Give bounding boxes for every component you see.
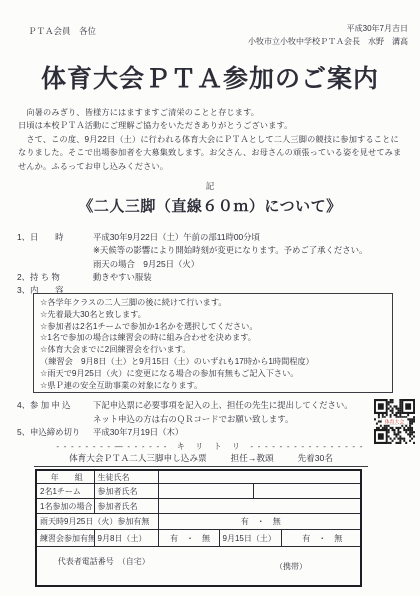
item-value: ネット申込の方は右のＱＲコードでお願い致します。 xyxy=(93,413,293,427)
table-row-student: 年 組 生徒氏名 xyxy=(36,470,361,484)
table-row-rain: 雨天時9月25日（火）参加有無 有 ・ 無 xyxy=(36,514,361,530)
table-row-single: 1名参加の場合 参加者氏名 xyxy=(36,499,361,514)
item-value: 雨天の場合 9月25日（火） xyxy=(93,258,199,271)
item-belongings: 2、持 ち 物 動きやすい服装 xyxy=(17,271,367,284)
form-capacity: 先着30名 xyxy=(298,452,333,464)
cell-participant-name-label: 参加者氏名 xyxy=(94,484,158,499)
cell-participant-name-label: 参加者氏名 xyxy=(94,499,158,514)
box-line: ☆各学年クラスの二人三脚の後に続けて行います。 xyxy=(40,297,392,309)
cell-practice-date2: 9月15日（土） xyxy=(219,530,281,547)
box-line: ☆先着最大30名と致します。 xyxy=(40,309,392,321)
cell-participant1-input xyxy=(158,484,253,499)
item-label xyxy=(17,413,93,427)
intro-line: さて、この度、9月22日（土）に行われる体育大会にＰＴＡとして二人三脚の競技に参… xyxy=(18,133,401,146)
item-apply-net: ネット申込の方は右のＱＲコードでお願い致します。 xyxy=(17,413,353,427)
cell-rain-label: 雨天時9月25日（火）参加有無 xyxy=(36,514,158,530)
item-label: 1、日 時 xyxy=(17,231,93,244)
addressee: ＰＴＡ会員 各位 xyxy=(28,25,96,37)
document-page: ＰＴＡ会員 各位 平成30年7月吉日 小牧市立小牧中学校ＰＴＡ会長 水野 溝高 … xyxy=(0,0,420,596)
form-title: 体育大会ＰＴＡ二人三脚申し込み票 xyxy=(69,452,207,464)
box-line: ☆県Ｐ連の安全互助事業の対象になります。 xyxy=(40,380,392,392)
cell-phone: 代表者電話番号 （自宅） （携帯） xyxy=(36,547,361,587)
item-label: 4、参 加 申 込 xyxy=(17,399,93,413)
cell-practice1-yes-no: 有 ・ 無 xyxy=(158,530,219,547)
page-title: 体育大会ＰＴＡ参加のご案内 xyxy=(0,59,420,95)
item-label: 2、持 ち 物 xyxy=(17,271,93,284)
application-section: 4、参 加 申 込 下記申込票に必要事項を記入の上、担任の先生に提出してください… xyxy=(17,399,353,440)
item-label: 5、申込締め切り xyxy=(17,426,93,440)
cell-student-name-input xyxy=(158,470,361,484)
sender-line: 小牧市立小牧中学校ＰＴＡ会長 水野 溝高 xyxy=(248,35,408,48)
intro-line: 日頃は本校ＰＴＡ活動にご理解ご協力をいただきありがとうございます。 xyxy=(18,119,401,132)
cell-single-participant-input xyxy=(158,499,361,514)
item-apply: 4、参 加 申 込 下記申込票に必要事項を記入の上、担任の先生に提出してください… xyxy=(17,399,353,413)
cell-phone-mobile-label: （携帯） xyxy=(275,547,307,585)
item-value: 平成30年9月22日（土）午前の部11時00分頃 xyxy=(93,231,260,244)
item-value: 平成30年7月19日（木） xyxy=(93,426,183,440)
box-line: ☆参加者は2名1チームで参加か1名かを選択してください。 xyxy=(40,321,392,333)
item-deadline: 5、申込締め切り 平成30年7月19日（木） xyxy=(17,426,353,440)
box-line: ☆体育大会までに2回練習会を行います。 xyxy=(40,344,392,356)
cut-line: - - - - - - - - ― - - - - - - キ リ ト リ - … xyxy=(0,441,420,452)
svg-text:体育大会: 体育大会 xyxy=(385,418,404,425)
cell-practice-label: 練習会参加有無 xyxy=(36,530,94,547)
cell-rain-yes-no: 有 ・ 無 xyxy=(158,514,361,530)
application-table: 年 組 生徒氏名 2名1チーム 参加者氏名 1名参加の場合 参加者氏名 雨天時9… xyxy=(35,469,362,587)
intro-line: なりました。そこで出場参加者を大募集致します。お父さん、お母さんの頑張っている姿… xyxy=(18,146,401,159)
intro-line: せんか。ふるってお申し込みください。 xyxy=(18,160,401,173)
table-row-practice: 練習会参加有無 9月8日（土） 有 ・ 無 9月15日（土） 有 ・ 無 xyxy=(36,530,361,547)
box-line: ☆雨天で9月25日（火）に変更になる場合の参加有無もご記入下さい。 xyxy=(40,368,392,380)
cell-student-name-label: 生徒氏名 xyxy=(94,470,158,484)
form-title-row: 体育大会ＰＴＡ二人三脚申し込み票 担任→教頭 先着30名 xyxy=(34,452,368,467)
item-rain-date: 雨天の場合 9月25日（火） xyxy=(17,258,367,271)
qr-code-image: 体育大会 xyxy=(374,399,415,444)
notice-items: 1、日 時 平成30年9月22日（土）午前の部11時00分頃 ※天候等の影響によ… xyxy=(17,231,367,297)
ki-marker: 記 xyxy=(0,180,420,192)
intro-paragraph: 向暑のみぎり、皆様方にはますますご清栄のことと存じます。 日頃は本校ＰＴＡ活動に… xyxy=(18,106,401,173)
form-route: 担任→教頭 xyxy=(231,452,274,464)
box-line: ☆1名で参加の場合は練習会の時に組み合わせを決めます。 xyxy=(40,332,392,344)
qr-code: 体育大会 xyxy=(374,399,415,444)
item-label xyxy=(17,244,93,257)
cell-team-label: 2名1チーム xyxy=(36,484,94,499)
intro-line: 向暑のみぎり、皆様方にはますますご清栄のことと存じます。 xyxy=(18,106,401,119)
section-subtitle: 《二人三脚（直線６０ｍ）について》 xyxy=(0,195,420,216)
item-value: 動きやすい服装 xyxy=(93,271,152,284)
item-weather-note: ※天候等の影響により開始時刻が変更になります。予めご了承ください。 xyxy=(17,244,367,257)
cell-practice-date1: 9月8日（土） xyxy=(94,530,158,547)
item-label xyxy=(17,258,93,271)
cell-participant2-input xyxy=(253,484,361,499)
cell-practice2-yes-no: 有 ・ 無 xyxy=(281,530,361,547)
cell-year-class-label: 年 組 xyxy=(36,470,94,484)
date-line: 平成30年7月吉日 xyxy=(248,22,408,35)
sender-block: 平成30年7月吉日 小牧市立小牧中学校ＰＴＡ会長 水野 溝高 xyxy=(248,22,408,48)
cell-single-label: 1名参加の場合 xyxy=(36,499,94,514)
cell-phone-home-label: 代表者電話番号 （自宅） xyxy=(58,557,150,566)
item-value: 下記申込票に必要事項を記入の上、担任の先生に提出してください。 xyxy=(93,399,353,413)
table-row-team: 2名1チーム 参加者氏名 xyxy=(36,484,361,499)
content-detail-box: ☆各学年クラスの二人三脚の後に続けて行います。 ☆先着最大30名と致します。 ☆… xyxy=(33,293,393,393)
box-line: （練習会 9月8日（土）と9月15日（土）のいずれも17時から1時間程度） xyxy=(40,356,392,368)
table-row-phone: 代表者電話番号 （自宅） （携帯） xyxy=(36,547,361,587)
item-datetime: 1、日 時 平成30年9月22日（土）午前の部11時00分頃 xyxy=(17,231,367,244)
item-value: ※天候等の影響により開始時刻が変更になります。予めご了承ください。 xyxy=(93,244,367,257)
